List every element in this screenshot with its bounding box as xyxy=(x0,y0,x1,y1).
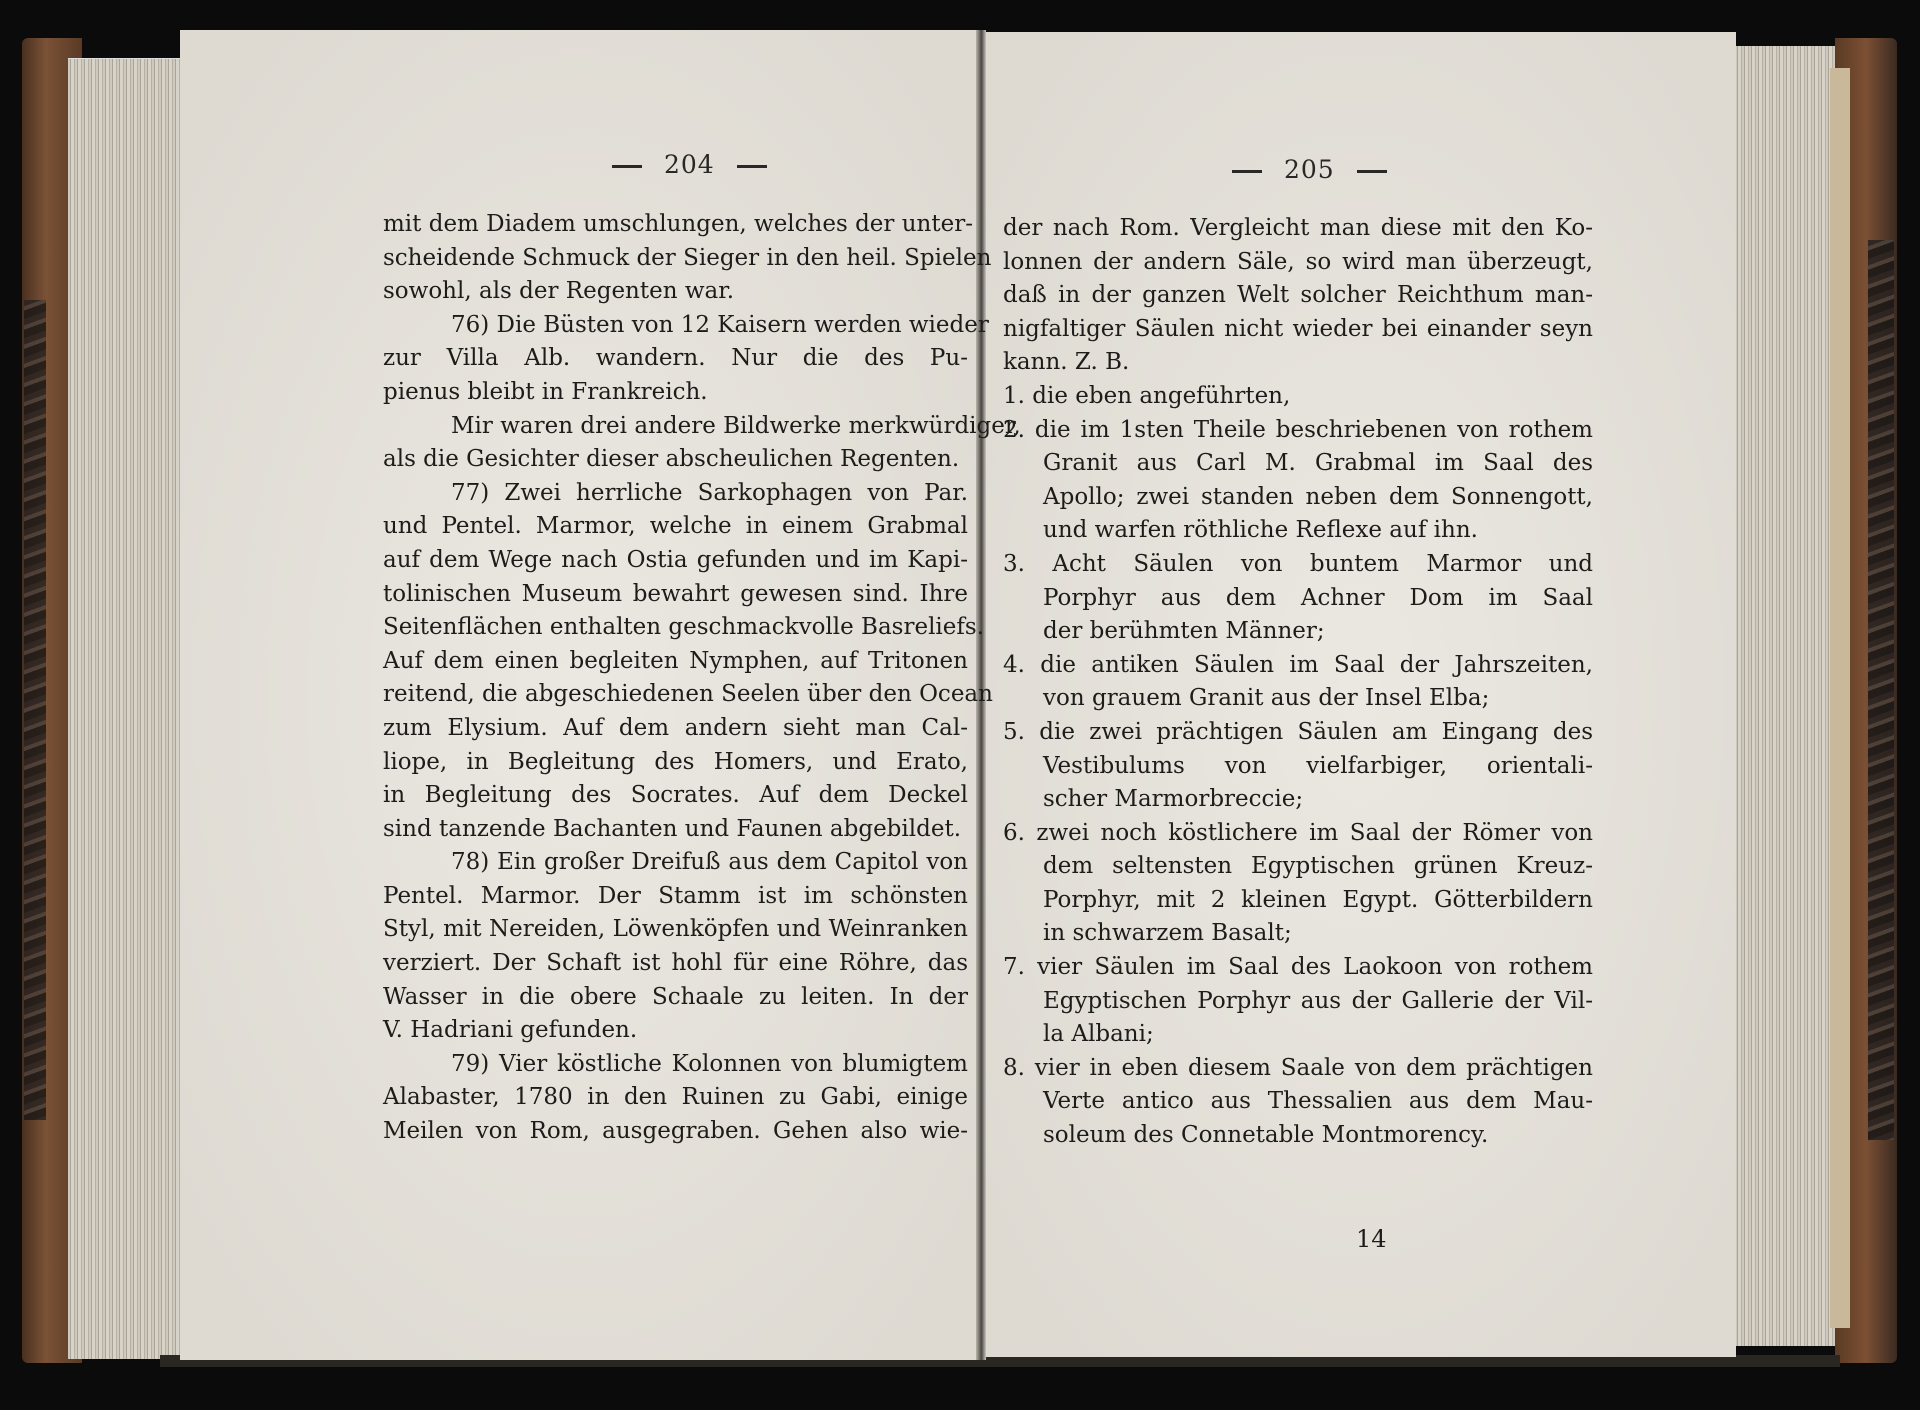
list-item: 2. die im 1sten Theile beschriebenen von… xyxy=(1003,414,1593,448)
text-line: verziert. Der Schaft ist hohl für eine R… xyxy=(383,947,968,981)
text-line: und Pentel. Marmor, welche in einem Grab… xyxy=(383,510,968,544)
text-line: scher Marmorbreccie; xyxy=(1003,783,1593,817)
text-line: 77) Zwei herrliche Sarkophagen von Par. xyxy=(383,477,968,511)
text-line: von grauem Granit aus der Insel Elba; xyxy=(1003,682,1593,716)
text-line: la Albani; xyxy=(1003,1018,1593,1052)
page-stack-right xyxy=(1735,46,1835,1346)
text-line: Verte antico aus Thessalien aus dem Mau- xyxy=(1003,1085,1593,1119)
list-item: 5. die zwei prächtigen Säulen am Eingang… xyxy=(1003,716,1593,750)
text-line: kann. Z. B. xyxy=(1003,346,1593,380)
text-line: Wasser in die obere Schaale zu leiten. I… xyxy=(383,981,968,1015)
text-line: der berühmten Männer; xyxy=(1003,615,1593,649)
text-line: daß in der ganzen Welt solcher Reichthum… xyxy=(1003,279,1593,313)
list-item: 8. vier in eben diesem Saale von dem prä… xyxy=(1003,1052,1593,1086)
text-line: nigfaltiger Säulen nicht wieder bei eina… xyxy=(1003,313,1593,347)
text-line: sind tanzende Bachanten und Faunen abgeb… xyxy=(383,813,968,847)
text-line: als die Gesichter dieser abscheulichen R… xyxy=(383,443,968,477)
page-number-text: 205 xyxy=(1284,155,1335,184)
text-line: tolinischen Museum bewahrt gewesen sind.… xyxy=(383,578,968,612)
text-line: 78) Ein großer Dreifuß aus dem Capitol v… xyxy=(383,846,968,880)
marbled-board-left xyxy=(24,300,46,1120)
text-line: mit dem Diadem umschlungen, welches der … xyxy=(383,208,968,242)
folio-dash xyxy=(612,165,642,168)
text-line: auf dem Wege nach Ostia gefunden und im … xyxy=(383,544,968,578)
list-item: 1. die eben angeführten, xyxy=(1003,380,1593,414)
text-line: Meilen von Rom, ausgegraben. Gehen also … xyxy=(383,1115,968,1149)
text-line: soleum des Connetable Montmorency. xyxy=(1003,1119,1593,1153)
text-line: lonnen der andern Säle, so wird man über… xyxy=(1003,246,1593,280)
text-line: Apollo; zwei standen neben dem Sonnengot… xyxy=(1003,481,1593,515)
text-line: Egyptischen Porphyr aus der Gallerie der… xyxy=(1003,985,1593,1019)
text-line: sowohl, als der Regenten war. xyxy=(383,275,968,309)
page-number-text: 204 xyxy=(664,150,715,179)
text-line: pienus bleibt in Frankreich. xyxy=(383,376,968,410)
page-number-left: 204 xyxy=(590,150,789,179)
text-line: in Begleitung des Socrates. Auf dem Deck… xyxy=(383,779,968,813)
left-page-text: mit dem Diadem umschlungen, welches der … xyxy=(383,208,968,1149)
text-line: Porphyr, mit 2 kleinen Egypt. Götterbild… xyxy=(1003,884,1593,918)
text-line: Styl, mit Nereiden, Löwenköpfen und Wein… xyxy=(383,913,968,947)
text-line: scheidende Schmuck der Sieger in den hei… xyxy=(383,242,968,276)
text-line: V. Hadriani gefunden. xyxy=(383,1014,968,1048)
text-line: 76) Die Büsten von 12 Kaisern werden wie… xyxy=(383,309,968,343)
folio-dash xyxy=(737,165,767,168)
text-line: 79) Vier köstliche Kolonnen von blumigte… xyxy=(383,1048,968,1082)
signature-mark: 14 xyxy=(1356,1225,1387,1253)
text-line: zur Villa Alb. wandern. Nur die des Pu- xyxy=(383,342,968,376)
endpaper-right xyxy=(1830,68,1850,1328)
text-line: liope, in Begleitung des Homers, und Era… xyxy=(383,746,968,780)
text-line: reitend, die abgeschiedenen Seelen über … xyxy=(383,678,968,712)
text-line: Alabaster, 1780 in den Ruinen zu Gabi, e… xyxy=(383,1081,968,1115)
text-line: der nach Rom. Vergleicht man diese mit d… xyxy=(1003,212,1593,246)
text-line: Pentel. Marmor. Der Stamm ist im schönst… xyxy=(383,880,968,914)
text-line: Granit aus Carl M. Grabmal im Saal des xyxy=(1003,447,1593,481)
page-number-right: 205 xyxy=(1210,155,1409,184)
right-page-text: der nach Rom. Vergleicht man diese mit d… xyxy=(1003,212,1593,1153)
marbled-board-right xyxy=(1868,240,1894,1140)
text-line: Seitenflächen enthalten geschmackvolle B… xyxy=(383,611,968,645)
text-line: Mir waren drei andere Bildwerke merkwürd… xyxy=(383,410,968,444)
text-line: Auf dem einen begleiten Nymphen, auf Tri… xyxy=(383,645,968,679)
list-item: 4. die antiken Säulen im Saal der Jahrsz… xyxy=(1003,649,1593,683)
text-line: dem seltensten Egyptischen grünen Kreuz- xyxy=(1003,850,1593,884)
text-line: Porphyr aus dem Achner Dom im Saal xyxy=(1003,582,1593,616)
list-item: 6. zwei noch köstlichere im Saal der Röm… xyxy=(1003,817,1593,851)
text-line: zum Elysium. Auf dem andern sieht man Ca… xyxy=(383,712,968,746)
folio-dash xyxy=(1232,170,1262,173)
list-item: 3. Acht Säulen von buntem Marmor und xyxy=(1003,548,1593,582)
folio-dash xyxy=(1357,170,1387,173)
text-line: in schwarzem Basalt; xyxy=(1003,917,1593,951)
list-item: 7. vier Säulen im Saal des Laokoon von r… xyxy=(1003,951,1593,985)
text-line: Vestibulums von vielfarbiger, orientali- xyxy=(1003,750,1593,784)
text-line: und warfen röthliche Reflexe auf ihn. xyxy=(1003,514,1593,548)
